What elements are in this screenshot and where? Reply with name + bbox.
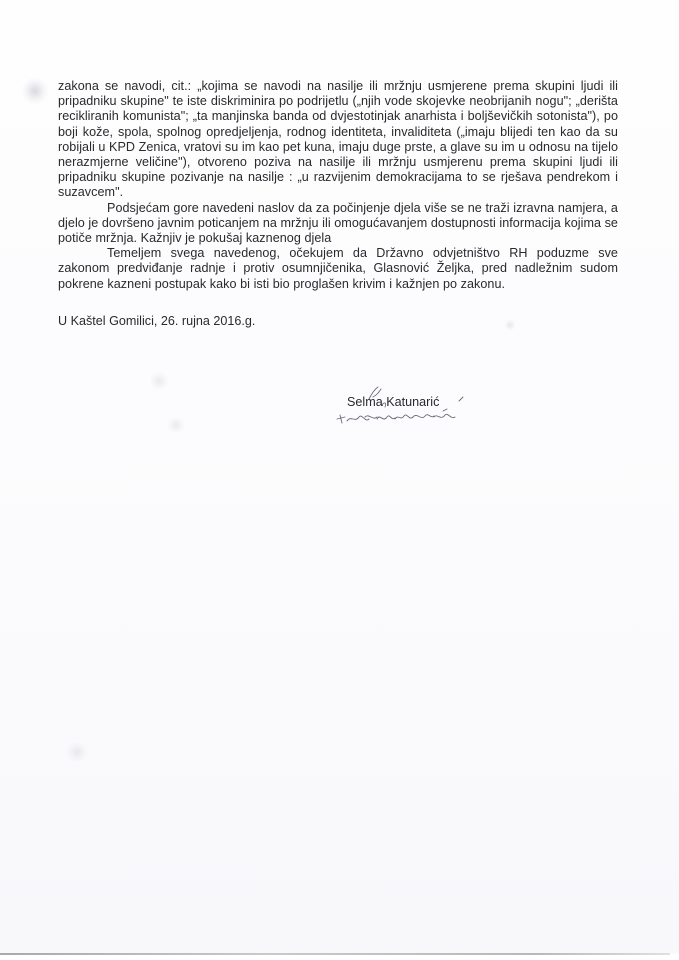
scan-smudge <box>505 318 515 332</box>
scan-smudge <box>66 742 88 762</box>
scan-smudge <box>22 78 48 104</box>
signer-name: Selma Katunarić <box>347 395 439 410</box>
paragraph: Temeljem svega navedenog, očekujem da Dr… <box>58 246 618 292</box>
document-page: zakona se navodi, cit.: „kojima se navod… <box>0 0 679 953</box>
document-body: zakona se navodi, cit.: „kojima se navod… <box>58 79 618 292</box>
scan-smudge <box>150 370 168 392</box>
place-and-date: U Kaštel Gomilici, 26. rujna 2016.g. <box>58 314 255 329</box>
paragraph: Podsjećam gore navedeni naslov da za poč… <box>58 201 618 247</box>
scan-smudge <box>165 418 187 432</box>
signature-block: Selma Katunarić <box>347 393 497 443</box>
background <box>0 955 679 960</box>
paragraph: zakona se navodi, cit.: „kojima se navod… <box>58 79 618 201</box>
